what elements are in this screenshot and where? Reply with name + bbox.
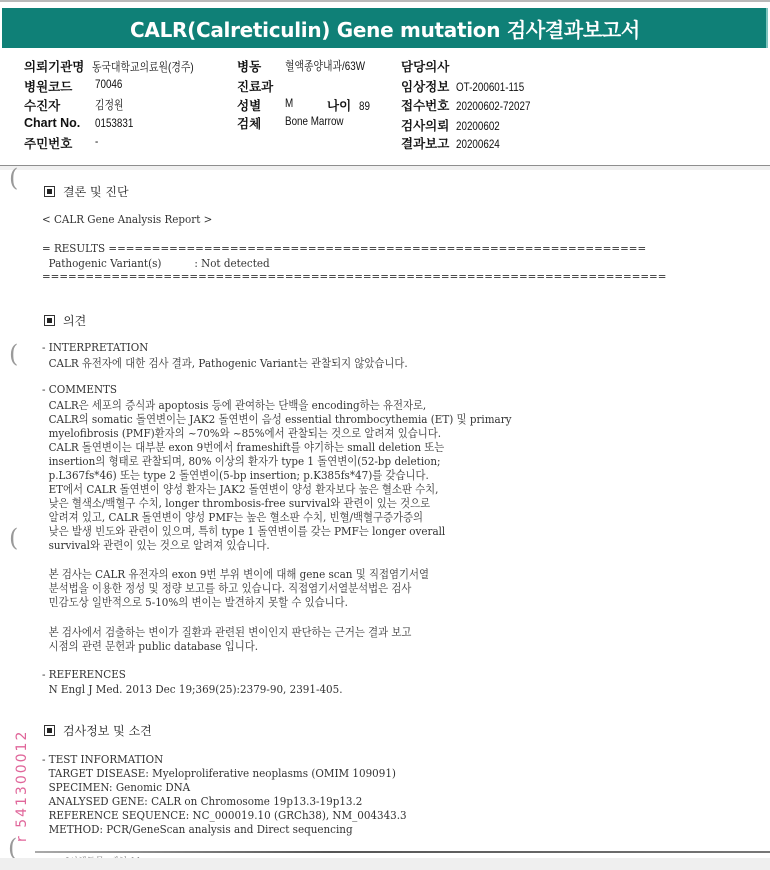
request-row: 검사의뢰 20200602 <box>401 116 509 134</box>
test-info-line: SPECIMEN: Genomic DNA <box>42 780 190 794</box>
bottom-border <box>0 858 770 870</box>
resident-value-wrap: - <box>95 134 99 148</box>
patient-row: 수진자 <box>24 96 60 114</box>
request-value: 20200602 <box>456 119 500 133</box>
sex-value-wrap: M <box>285 96 295 110</box>
hospital-code-value-wrap: 70046 <box>95 77 128 91</box>
doctor-row: 담당의사 <box>401 57 453 75</box>
institution-value: 동국대학교의료원(경주) <box>92 58 194 75</box>
ward-value: 혈액종양내과/63W <box>285 57 365 74</box>
results-header: = RESULTS ==============================… <box>42 241 646 255</box>
section-opinion-heading: 의견 <box>44 312 86 329</box>
report-title: CALR(Calreticulin) Gene mutation 검사결과보고서 <box>130 14 640 43</box>
interpretation-text: CALR 유전자에 대한 검사 결과, Pathogenic Variant는 … <box>42 355 408 371</box>
specimen-value: Bone Marrow <box>285 114 344 128</box>
section-opinion-title: 의견 <box>63 314 86 328</box>
checkbox-square-icon <box>44 725 55 736</box>
test-info-line: REFERENCE SEQUENCE: NC_000019.10 (GRCh38… <box>42 808 407 822</box>
references-text: N Engl J Med. 2013 Dec 19;369(25):2379-9… <box>42 682 343 696</box>
test-info-line: ANALYSED GENE: CALR on Chromosome 19p13.… <box>42 794 362 808</box>
results-line: Pathogenic Variant(s) : Not detected <box>42 256 270 270</box>
institution-label: 의뢰기관명 <box>24 60 84 74</box>
stamp-number: r 541300012 <box>14 712 36 842</box>
test-info-header: - TEST INFORMATION <box>42 752 163 766</box>
specimen-value-wrap: Bone Marrow <box>285 114 356 128</box>
scan-artifact-bracket: ( <box>9 524 18 552</box>
hospital-code-value: 70046 <box>95 77 122 91</box>
basis-line: 시점의 관련 문헌과 public database 입니다. <box>42 638 258 654</box>
clinical-value: OT-200601-115 <box>456 80 524 94</box>
comments-header: - COMMENTS <box>42 382 117 396</box>
clinical-row: 임상정보 OT-200601-115 <box>401 77 539 95</box>
department-label: 진료과 <box>237 80 273 94</box>
report-date-label: 결과보고 <box>401 137 449 151</box>
age-row: 나이 89 <box>327 96 372 114</box>
section-conclusion-heading: 결론 및 진단 <box>44 183 129 200</box>
chart-row: Chart No. <box>24 116 80 130</box>
receipt-label: 접수번호 <box>401 99 449 113</box>
sex-row: 성별 <box>237 96 261 114</box>
section-conclusion-title: 결론 및 진단 <box>63 185 129 199</box>
section-testinfo-heading: 검사정보 및 소견 <box>44 722 152 739</box>
institution-row: 의뢰기관명 동국대학교의료원(경주) <box>24 57 216 75</box>
results-footer: ========================================… <box>42 269 666 283</box>
analysis-title: < CALR Gene Analysis Report > <box>42 212 212 226</box>
resident-value: - <box>95 134 98 148</box>
doctor-label: 담당의사 <box>401 60 449 74</box>
sex-label: 성별 <box>237 99 261 113</box>
sex-value: M <box>285 96 293 110</box>
top-border <box>0 0 770 2</box>
specimen-label: 검체 <box>237 117 261 131</box>
receipt-row: 접수번호 20200602-72027 <box>401 96 546 114</box>
hospital-code-label: 병원코드 <box>24 80 72 94</box>
title-bar-edge <box>766 8 768 48</box>
bottom-rule <box>35 851 770 853</box>
test-info-line: METHOD: PCR/GeneScan analysis and Direct… <box>42 822 353 836</box>
age-value: 89 <box>359 99 370 113</box>
checkbox-square-icon <box>44 186 55 197</box>
references-header: - REFERENCES <box>42 667 126 681</box>
patient-label: 수진자 <box>24 99 60 113</box>
age-label: 나이 <box>327 99 351 113</box>
resident-label: 주민번호 <box>24 137 72 151</box>
interpretation-header: - INTERPRETATION <box>42 340 148 354</box>
test-info-line: TARGET DISEASE: Myeloproliferative neopl… <box>42 766 396 780</box>
report-date-value: 20200624 <box>456 137 500 151</box>
comments-line: survival와 관련이 있는 것으로 알려져 있습니다. <box>42 537 270 553</box>
ward-label: 병동 <box>237 60 261 74</box>
scan-artifact-bracket: ( <box>9 340 18 368</box>
patient-info-panel: 의뢰기관명 동국대학교의료원(경주) 병원코드 70046 수진자 김정원 Ch… <box>0 54 770 152</box>
clinical-label: 임상정보 <box>401 80 449 94</box>
hospital-code-row: 병원코드 <box>24 77 72 95</box>
chart-label: Chart No. <box>24 116 80 130</box>
method-line: 민감도상 일반적으로 5-10%의 변이는 발견하지 못할 수 있습니다. <box>42 594 348 610</box>
department-row: 진료과 <box>237 77 277 95</box>
resident-row: 주민번호 <box>24 134 72 152</box>
chart-value-wrap: 0153831 <box>95 116 142 130</box>
patient-value-wrap: 김정원 <box>95 96 130 113</box>
request-label: 검사의뢰 <box>401 119 449 133</box>
receipt-value: 20200602-72027 <box>456 99 530 113</box>
checkbox-square-icon <box>44 315 55 326</box>
section-testinfo-title: 검사정보 및 소견 <box>63 724 152 738</box>
scan-artifact-bracket: ( <box>9 164 18 192</box>
chart-value: 0153831 <box>95 116 133 130</box>
patient-value: 김정원 <box>95 96 124 113</box>
report-date-row: 결과보고 20200624 <box>401 134 509 152</box>
ward-value-wrap: 혈액종양내과/63W <box>285 57 383 74</box>
specimen-row: 검체 <box>237 114 261 132</box>
report-title-bar: CALR(Calreticulin) Gene mutation 검사결과보고서 <box>2 8 768 48</box>
ward-row: 병동 <box>237 57 261 75</box>
